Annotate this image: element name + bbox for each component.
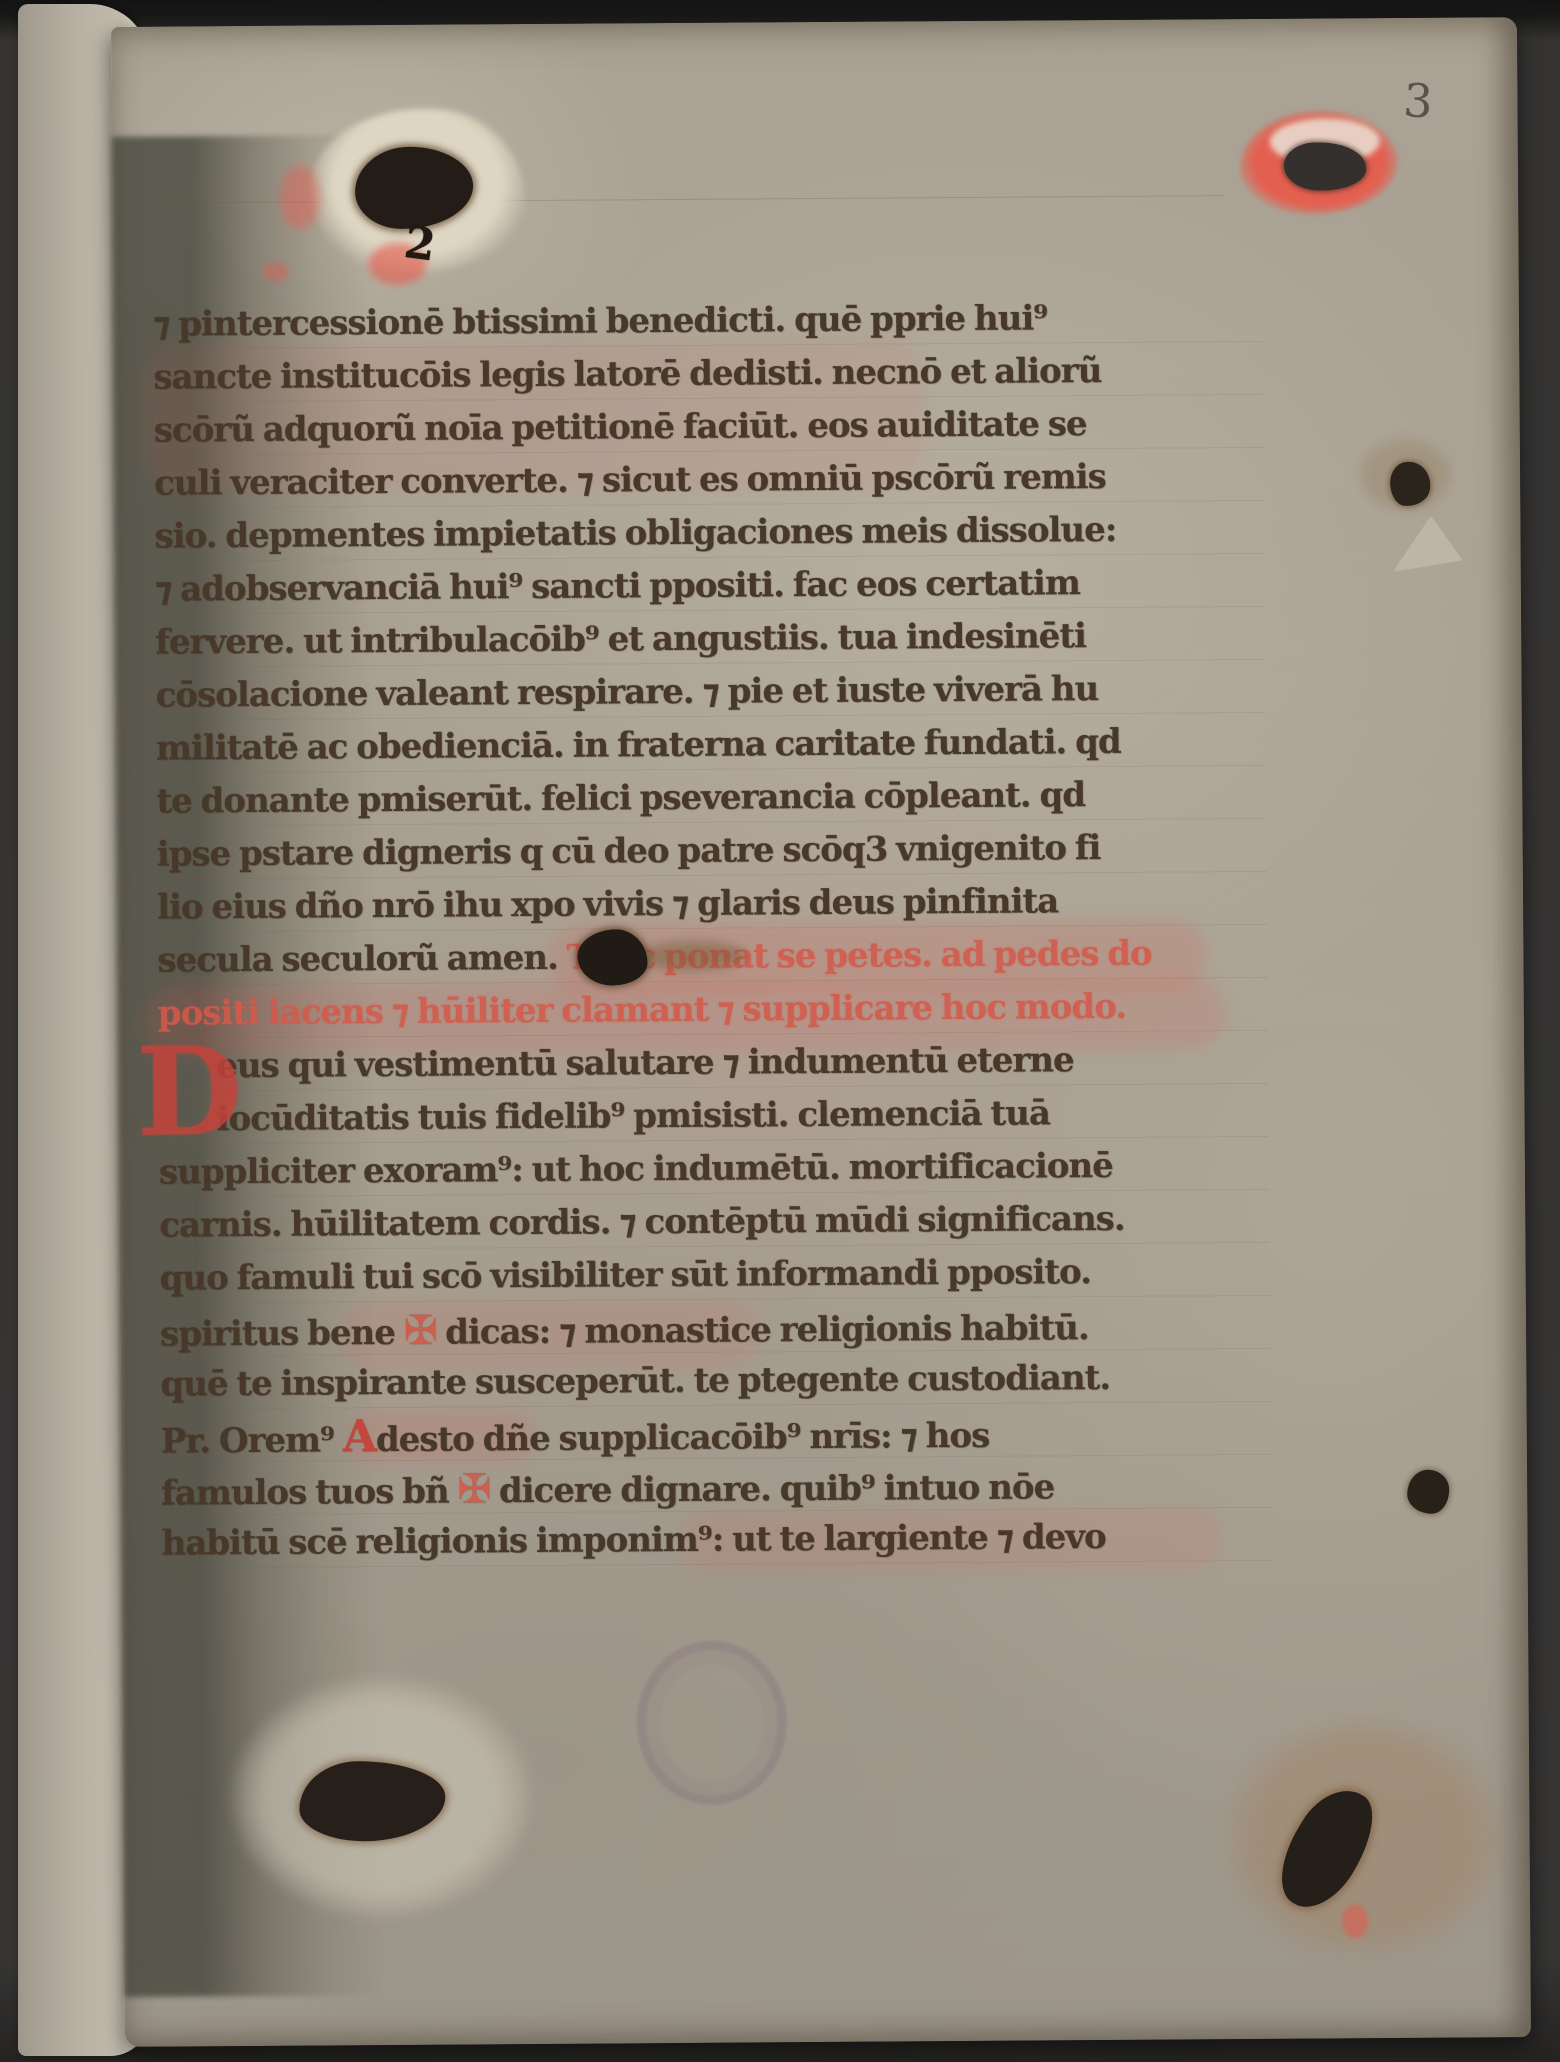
crease-highlight	[1392, 516, 1462, 572]
manuscript-line: ⁊ adobservanciā hui⁹ sancti ppositi. fac…	[155, 556, 1265, 617]
manuscript-line: spiritus bene ✠ dicas: ⁊ monastice relig…	[160, 1298, 1270, 1359]
body-text: ⁊ pintercessionē btissimi benedicti. quē…	[153, 298, 1047, 344]
body-text: ipse pstare digneris q cū deo patre scōq…	[157, 828, 1101, 875]
body-text: iocūditatis tuis fidelib⁹ pmisisti. clem…	[216, 1093, 1050, 1139]
body-text: eus qui vestimentū salutare ⁊ indumentū …	[216, 1040, 1074, 1086]
manuscript-line: sio. depmentes impietatis obligaciones m…	[154, 503, 1264, 564]
body-text: lio eius dño nrō ihu xpo vivis ⁊ glaris …	[157, 881, 1058, 927]
library-stamp	[636, 1640, 787, 1805]
rubric-text: positi iacens ⁊ hūiliter clamant ⁊ suppl…	[158, 987, 1127, 1034]
manuscript-line: eus qui vestimentū salutare ⁊ indumentū …	[158, 1033, 1268, 1094]
manuscript-line: ⁊ pintercessionē btissimi benedicti. quē…	[153, 291, 1263, 352]
body-text: scōrũ adquorũ noīa petitionē faciūt. eos…	[154, 404, 1087, 451]
body-text: carnis. hūilitatem cordis. ⁊ contēptū mū…	[159, 1199, 1125, 1246]
hole-damage-rubric	[577, 929, 647, 985]
body-text: fervere. ut intribulacōib⁹ et angustiis.…	[155, 616, 1086, 662]
manuscript-line: quo famuli tui scō visibiliter sūt infor…	[160, 1245, 1270, 1306]
manuscript-line: fervere. ut intribulacōib⁹ et angustiis.…	[155, 609, 1265, 670]
hole-damage-right-lower	[1407, 1470, 1449, 1514]
body-text: Pr. Orem⁹	[161, 1420, 343, 1461]
manuscript-line: lio eius dño nrō ihu xpo vivis ⁊ glaris …	[157, 874, 1267, 935]
manuscript-line: positi iacens ⁊ hūiliter clamant ⁊ suppl…	[158, 980, 1268, 1041]
red-stain	[280, 165, 320, 229]
body-text: dicas: ⁊ monastice religionis habitū.	[436, 1308, 1089, 1353]
manuscript-line: militatē ac obedienciā. in fraterna cari…	[156, 715, 1266, 776]
red-stain	[263, 262, 289, 282]
manuscript-line: carnis. hūilitatem cordis. ⁊ contēptū mū…	[159, 1192, 1269, 1253]
manuscript-line: cōsolacione valeant respirare. ⁊ pie et …	[155, 662, 1265, 723]
body-text: sancte institucōis legis latorē dedisti.…	[153, 351, 1101, 398]
body-text: suppliciter exoram⁹: ut hoc indumētū. mo…	[159, 1146, 1113, 1193]
body-text: habitū scē religionis imponim⁹: ut te la…	[161, 1517, 1106, 1564]
body-text: culi veraciter converte. ⁊ sicut es omni…	[154, 457, 1106, 504]
body-text: famulos tuos bñ	[161, 1472, 458, 1514]
manuscript-line: famulos tuos bñ ✠ dicere dignare. quib⁹ …	[161, 1457, 1271, 1518]
body-text: quē te inspirante susceperūt. te ptegent…	[160, 1358, 1110, 1405]
manuscript-line: Pr. Orem⁹ Adesto dñe supplicacōib⁹ nrīs:…	[161, 1404, 1271, 1465]
manuscript-line: quē te inspirante susceperūt. te ptegent…	[160, 1351, 1270, 1412]
body-text: te donante pmiserūt. felici pseverancia …	[156, 775, 1085, 821]
manuscript-line: sancte institucōis legis latorē dedisti.…	[153, 344, 1263, 405]
body-text: cōsolacione valeant respirare. ⁊ pie et …	[155, 669, 1098, 716]
body-text: dicere dignare. quib⁹ intuo nōe	[490, 1467, 1054, 1511]
manuscript-line: habitū scē religionis imponim⁹: ut te la…	[161, 1510, 1271, 1571]
manuscript-line: ipse pstare digneris q cū deo patre scōq…	[157, 821, 1267, 882]
manuscript-photo: ⁊ pintercessionē btissimi benedicti. quē…	[0, 0, 1560, 2062]
manuscript-leaf: ⁊ pintercessionē btissimi benedicti. quē…	[111, 17, 1531, 2047]
manuscript-line: scōrũ adquorũ noīa petitionē faciūt. eos…	[154, 397, 1264, 458]
folio-number: 3	[1402, 73, 1435, 129]
body-text: secula seculorũ amen.	[157, 938, 567, 981]
body-text: militatē ac obedienciā. in fraterna cari…	[156, 722, 1121, 769]
rubric-text: ✠	[404, 1307, 437, 1354]
manuscript-line: iocūditatis tuis fidelib⁹ pmisisti. clem…	[158, 1086, 1268, 1147]
body-text: quo famuli tui scō visibiliter sūt infor…	[160, 1252, 1092, 1299]
rubric-text: A	[343, 1411, 376, 1462]
body-text: sio. depmentes impietatis obligaciones m…	[154, 510, 1116, 557]
rubric-text: ✠	[457, 1465, 490, 1512]
manuscript-line: te donante pmiserūt. felici pseverancia …	[156, 768, 1266, 829]
body-text: ⁊ adobservanciā hui⁹ sancti ppositi. fac…	[155, 563, 1080, 609]
manuscript-line: culi veraciter converte. ⁊ sicut es omni…	[154, 450, 1264, 511]
red-stain	[1342, 1904, 1368, 1938]
rubricated-initial: D	[136, 1032, 243, 1151]
body-text: desto dñe supplicacōib⁹ nrīs: ⁊ hos	[376, 1416, 990, 1460]
manuscript-line: suppliciter exoram⁹: ut hoc indumētū. mo…	[159, 1139, 1269, 1200]
body-text: spiritus bene	[160, 1313, 404, 1355]
text-block: ⁊ pintercessionē btissimi benedicti. quē…	[153, 291, 1272, 1571]
hole-damage-right-upper	[1390, 462, 1430, 506]
